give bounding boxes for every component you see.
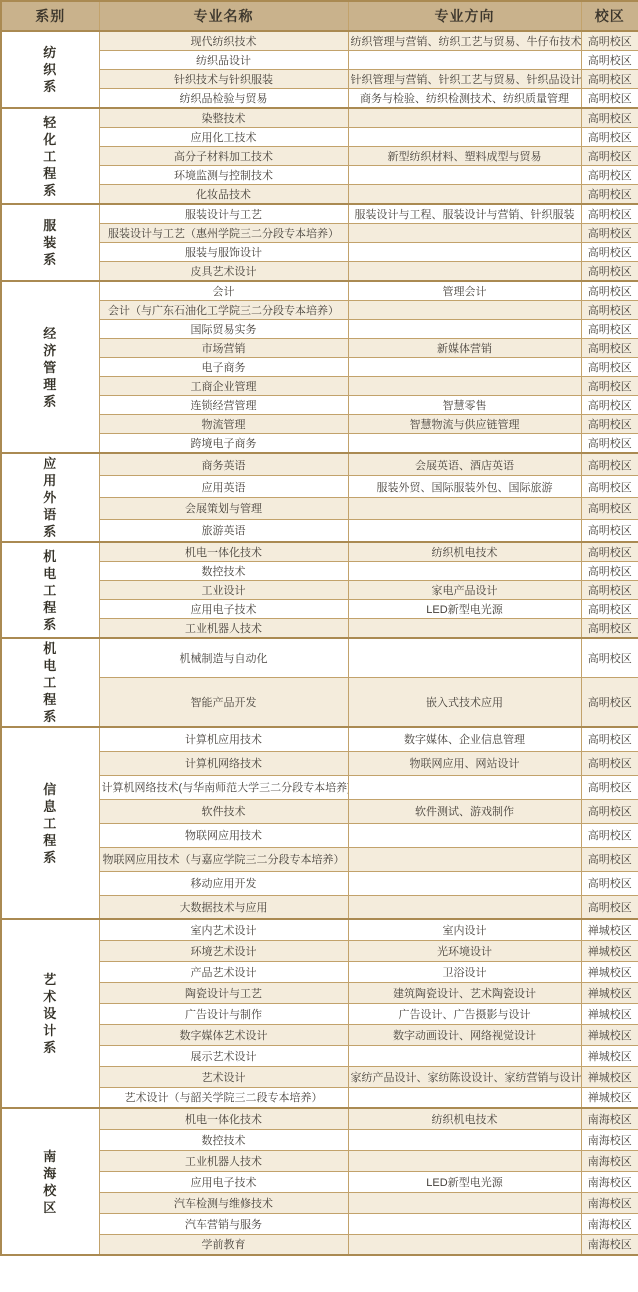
campus-cell: 南海校区: [581, 1234, 638, 1255]
campus-cell: 高明校区: [581, 396, 638, 415]
major-name-cell: 大数据技术与应用: [99, 895, 348, 919]
major-direction-cell: [348, 775, 581, 799]
campus-cell: 高明校区: [581, 453, 638, 476]
department-vertical-text: 机 电 工 程 系: [4, 548, 97, 633]
campus-cell: 高明校区: [581, 204, 638, 224]
major-direction-cell: [348, 1213, 581, 1234]
major-name-cell: 市场营销: [99, 339, 348, 358]
major-name-cell: 电子商务: [99, 358, 348, 377]
major-name-cell: 现代纺织技术: [99, 31, 348, 51]
major-name-cell: 机电一体化技术: [99, 542, 348, 562]
major-name-cell: 服装设计与工艺（惠州学院三二分段专本培养）: [99, 224, 348, 243]
major-name-cell: 计算机网络技术(与华南师范大学三二分段专本培养): [99, 775, 348, 799]
campus-cell: 高明校区: [581, 377, 638, 396]
campus-cell: 禅城校区: [581, 1087, 638, 1108]
department-label: 经 济 管 理 系: [1, 281, 99, 453]
major-direction-cell: [348, 1234, 581, 1255]
table-row: 应 用 外 语 系商务英语会展英语、酒店英语高明校区: [1, 453, 638, 476]
department-label: 艺 术 设 计 系: [1, 919, 99, 1108]
majors-table: 系别 专业名称 专业方向 校区 纺 织 系现代纺织技术纺织管理与营销、纺织工艺与…: [0, 0, 638, 1256]
major-direction-cell: LED新型电光源: [348, 600, 581, 619]
major-direction-cell: LED新型电光源: [348, 1171, 581, 1192]
major-direction-cell: [348, 871, 581, 895]
major-direction-cell: 数字媒体、企业信息管理: [348, 727, 581, 751]
campus-cell: 高明校区: [581, 185, 638, 205]
column-header-major-name: 专业名称: [99, 1, 348, 31]
department-vertical-text: 纺 织 系: [4, 44, 97, 95]
table-row: 南 海 校 区机电一体化技术纺织机电技术南海校区: [1, 1108, 638, 1129]
major-direction-cell: 纺织机电技术: [348, 1108, 581, 1129]
campus-cell: 高明校区: [581, 166, 638, 185]
campus-cell: 高明校区: [581, 476, 638, 498]
major-direction-cell: [348, 166, 581, 185]
campus-cell: 高明校区: [581, 638, 638, 678]
major-direction-cell: [348, 638, 581, 678]
campus-cell: 高明校区: [581, 301, 638, 320]
campus-cell: 高明校区: [581, 775, 638, 799]
major-direction-cell: [348, 519, 581, 542]
major-name-cell: 纺织品设计: [99, 51, 348, 70]
column-header-department: 系别: [1, 1, 99, 31]
campus-cell: 高明校区: [581, 224, 638, 243]
major-name-cell: 计算机应用技术: [99, 727, 348, 751]
major-name-cell: 工商企业管理: [99, 377, 348, 396]
campus-cell: 高明校区: [581, 339, 638, 358]
major-name-cell: 高分子材料加工技术: [99, 147, 348, 166]
major-name-cell: 旅游英语: [99, 519, 348, 542]
major-direction-cell: 针织管理与营销、针织工艺与贸易、针织品设计: [348, 70, 581, 89]
campus-cell: 高明校区: [581, 262, 638, 282]
campus-cell: 高明校区: [581, 497, 638, 519]
campus-cell: 禅城校区: [581, 1024, 638, 1045]
major-name-cell: 汽车营销与服务: [99, 1213, 348, 1234]
department-vertical-text: 服 装 系: [4, 217, 97, 268]
department-label: 纺 织 系: [1, 31, 99, 108]
major-direction-cell: [348, 108, 581, 128]
major-direction-cell: 物联网应用、网站设计: [348, 751, 581, 775]
major-name-cell: 应用电子技术: [99, 1171, 348, 1192]
major-name-cell: 国际贸易实务: [99, 320, 348, 339]
major-direction-cell: 服装设计与工程、服装设计与营销、针织服装: [348, 204, 581, 224]
column-header-campus: 校区: [581, 1, 638, 31]
major-name-cell: 染整技术: [99, 108, 348, 128]
campus-cell: 高明校区: [581, 51, 638, 70]
major-name-cell: 工业设计: [99, 581, 348, 600]
major-name-cell: 环境监测与控制技术: [99, 166, 348, 185]
department-vertical-text: 经 济 管 理 系: [4, 325, 97, 410]
major-direction-cell: 会展英语、酒店英语: [348, 453, 581, 476]
campus-cell: 高明校区: [581, 678, 638, 727]
major-direction-cell: 商务与检验、纺织检测技术、纺织质量管理: [348, 89, 581, 109]
department-vertical-text: 机 电 工 程 系: [4, 640, 97, 725]
major-direction-cell: [348, 358, 581, 377]
department-label: 机 电 工 程 系: [1, 638, 99, 727]
major-name-cell: 数控技术: [99, 1129, 348, 1150]
major-direction-cell: 智慧物流与供应链管理: [348, 415, 581, 434]
major-name-cell: 会计: [99, 281, 348, 301]
campus-cell: 高明校区: [581, 31, 638, 51]
campus-cell: 禅城校区: [581, 919, 638, 940]
campus-cell: 禅城校区: [581, 961, 638, 982]
campus-cell: 高明校区: [581, 243, 638, 262]
major-direction-cell: [348, 377, 581, 396]
major-name-cell: 展示艺术设计: [99, 1045, 348, 1066]
major-direction-cell: 建筑陶瓷设计、艺术陶瓷设计: [348, 982, 581, 1003]
major-name-cell: 计算机网络技术: [99, 751, 348, 775]
major-name-cell: 工业机器人技术: [99, 619, 348, 639]
major-direction-cell: 纺织管理与营销、纺织工艺与贸易、牛仔布技术: [348, 31, 581, 51]
department-vertical-text: 艺 术 设 计 系: [4, 971, 97, 1056]
major-direction-cell: [348, 497, 581, 519]
major-direction-cell: 智慧零售: [348, 396, 581, 415]
campus-cell: 高明校区: [581, 799, 638, 823]
major-direction-cell: 服装外贸、国际服装外包、国际旅游: [348, 476, 581, 498]
department-label: 南 海 校 区: [1, 1108, 99, 1255]
major-name-cell: 广告设计与制作: [99, 1003, 348, 1024]
campus-cell: 高明校区: [581, 600, 638, 619]
department-label: 服 装 系: [1, 204, 99, 281]
major-direction-cell: 广告设计、广告摄影与设计: [348, 1003, 581, 1024]
campus-cell: 高明校区: [581, 562, 638, 581]
campus-cell: 禅城校区: [581, 940, 638, 961]
table-row: 纺 织 系现代纺织技术纺织管理与营销、纺织工艺与贸易、牛仔布技术高明校区: [1, 31, 638, 51]
campus-cell: 高明校区: [581, 434, 638, 454]
department-label: 应 用 外 语 系: [1, 453, 99, 542]
department-vertical-text: 信 息 工 程 系: [4, 781, 97, 866]
major-direction-cell: [348, 301, 581, 320]
major-name-cell: 应用化工技术: [99, 128, 348, 147]
major-direction-cell: 新型纺织材料、塑料成型与贸易: [348, 147, 581, 166]
major-name-cell: 物流管理: [99, 415, 348, 434]
major-direction-cell: [348, 434, 581, 454]
major-name-cell: 艺术设计: [99, 1066, 348, 1087]
major-name-cell: 陶瓷设计与工艺: [99, 982, 348, 1003]
major-name-cell: 智能产品开发: [99, 678, 348, 727]
table-row: 艺 术 设 计 系室内艺术设计室内设计禅城校区: [1, 919, 638, 940]
major-direction-cell: 家电产品设计: [348, 581, 581, 600]
campus-cell: 高明校区: [581, 751, 638, 775]
table-row: 轻 化 工 程 系染整技术高明校区: [1, 108, 638, 128]
major-name-cell: 产品艺术设计: [99, 961, 348, 982]
major-direction-cell: [348, 1045, 581, 1066]
major-direction-cell: 嵌入式技术应用: [348, 678, 581, 727]
major-direction-cell: 纺织机电技术: [348, 542, 581, 562]
major-direction-cell: 家纺产品设计、家纺陈设设计、家纺营销与设计: [348, 1066, 581, 1087]
campus-cell: 南海校区: [581, 1108, 638, 1129]
major-name-cell: 服装与服饰设计: [99, 243, 348, 262]
campus-cell: 禅城校区: [581, 982, 638, 1003]
campus-cell: 高明校区: [581, 847, 638, 871]
major-name-cell: 纺织品检验与贸易: [99, 89, 348, 109]
department-label: 轻 化 工 程 系: [1, 108, 99, 204]
major-direction-cell: [348, 51, 581, 70]
campus-cell: 禅城校区: [581, 1066, 638, 1087]
campus-cell: 高明校区: [581, 542, 638, 562]
major-name-cell: 商务英语: [99, 453, 348, 476]
campus-cell: 高明校区: [581, 320, 638, 339]
major-name-cell: 环境艺术设计: [99, 940, 348, 961]
table-row: 机 电 工 程 系机械制造与自动化高明校区: [1, 638, 638, 678]
major-name-cell: 艺术设计（与韶关学院三二段专本培养）: [99, 1087, 348, 1108]
column-header-major-direction: 专业方向: [348, 1, 581, 31]
major-name-cell: 针织技术与针织服装: [99, 70, 348, 89]
major-direction-cell: [348, 243, 581, 262]
department-label: 信 息 工 程 系: [1, 727, 99, 919]
major-direction-cell: [348, 895, 581, 919]
major-name-cell: 移动应用开发: [99, 871, 348, 895]
major-name-cell: 数控技术: [99, 562, 348, 581]
major-name-cell: 学前教育: [99, 1234, 348, 1255]
major-direction-cell: [348, 847, 581, 871]
major-name-cell: 物联网应用技术（与嘉应学院三二分段专本培养）: [99, 847, 348, 871]
table-body: 纺 织 系现代纺织技术纺织管理与营销、纺织工艺与贸易、牛仔布技术高明校区纺织品设…: [1, 31, 638, 1255]
campus-cell: 南海校区: [581, 1150, 638, 1171]
major-direction-cell: [348, 1192, 581, 1213]
major-name-cell: 会计（与广东石油化工学院三二分段专本培养）: [99, 301, 348, 320]
campus-cell: 高明校区: [581, 281, 638, 301]
major-name-cell: 皮具艺术设计: [99, 262, 348, 282]
campus-cell: 高明校区: [581, 147, 638, 166]
department-vertical-text: 应 用 外 语 系: [4, 455, 97, 540]
campus-cell: 高明校区: [581, 581, 638, 600]
table-row: 经 济 管 理 系会计管理会计高明校区: [1, 281, 638, 301]
campus-cell: 高明校区: [581, 128, 638, 147]
major-direction-cell: 室内设计: [348, 919, 581, 940]
major-name-cell: 数字媒体艺术设计: [99, 1024, 348, 1045]
major-direction-cell: [348, 1129, 581, 1150]
department-vertical-text: 南 海 校 区: [4, 1148, 97, 1216]
table-row: 机 电 工 程 系机电一体化技术纺织机电技术高明校区: [1, 542, 638, 562]
campus-cell: 高明校区: [581, 895, 638, 919]
major-name-cell: 应用英语: [99, 476, 348, 498]
campus-cell: 高明校区: [581, 358, 638, 377]
major-name-cell: 物联网应用技术: [99, 823, 348, 847]
major-direction-cell: 管理会计: [348, 281, 581, 301]
major-name-cell: 连锁经营管理: [99, 396, 348, 415]
campus-cell: 南海校区: [581, 1213, 638, 1234]
page: 系别 专业名称 专业方向 校区 纺 织 系现代纺织技术纺织管理与营销、纺织工艺与…: [0, 0, 638, 1256]
major-direction-cell: [348, 1087, 581, 1108]
major-direction-cell: 数字动画设计、网络视觉设计: [348, 1024, 581, 1045]
major-name-cell: 机械制造与自动化: [99, 638, 348, 678]
campus-cell: 高明校区: [581, 70, 638, 89]
department-vertical-text: 轻 化 工 程 系: [4, 114, 97, 199]
major-direction-cell: 新媒体营销: [348, 339, 581, 358]
campus-cell: 禅城校区: [581, 1003, 638, 1024]
major-name-cell: 跨境电子商务: [99, 434, 348, 454]
campus-cell: 高明校区: [581, 619, 638, 639]
campus-cell: 南海校区: [581, 1171, 638, 1192]
major-name-cell: 工业机器人技术: [99, 1150, 348, 1171]
campus-cell: 高明校区: [581, 871, 638, 895]
major-name-cell: 服装设计与工艺: [99, 204, 348, 224]
campus-cell: 高明校区: [581, 727, 638, 751]
major-direction-cell: [348, 320, 581, 339]
major-direction-cell: [348, 224, 581, 243]
major-name-cell: 软件技术: [99, 799, 348, 823]
table-row: 服 装 系服装设计与工艺服装设计与工程、服装设计与营销、针织服装高明校区: [1, 204, 638, 224]
major-direction-cell: [348, 1150, 581, 1171]
table-header-row: 系别 专业名称 专业方向 校区: [1, 1, 638, 31]
major-direction-cell: [348, 823, 581, 847]
campus-cell: 高明校区: [581, 519, 638, 542]
major-direction-cell: [348, 128, 581, 147]
campus-cell: 南海校区: [581, 1192, 638, 1213]
campus-cell: 禅城校区: [581, 1045, 638, 1066]
major-direction-cell: [348, 262, 581, 282]
campus-cell: 高明校区: [581, 89, 638, 109]
department-label: 机 电 工 程 系: [1, 542, 99, 638]
major-direction-cell: [348, 185, 581, 205]
major-direction-cell: 卫浴设计: [348, 961, 581, 982]
major-direction-cell: [348, 619, 581, 639]
campus-cell: 高明校区: [581, 415, 638, 434]
table-row: 信 息 工 程 系计算机应用技术数字媒体、企业信息管理高明校区: [1, 727, 638, 751]
campus-cell: 高明校区: [581, 823, 638, 847]
major-direction-cell: 软件测试、游戏制作: [348, 799, 581, 823]
major-name-cell: 汽车检测与维修技术: [99, 1192, 348, 1213]
major-direction-cell: [348, 562, 581, 581]
major-name-cell: 化妆品技术: [99, 185, 348, 205]
campus-cell: 高明校区: [581, 108, 638, 128]
major-name-cell: 应用电子技术: [99, 600, 348, 619]
major-name-cell: 机电一体化技术: [99, 1108, 348, 1129]
major-name-cell: 室内艺术设计: [99, 919, 348, 940]
major-name-cell: 会展策划与管理: [99, 497, 348, 519]
campus-cell: 南海校区: [581, 1129, 638, 1150]
major-direction-cell: 光环境设计: [348, 940, 581, 961]
